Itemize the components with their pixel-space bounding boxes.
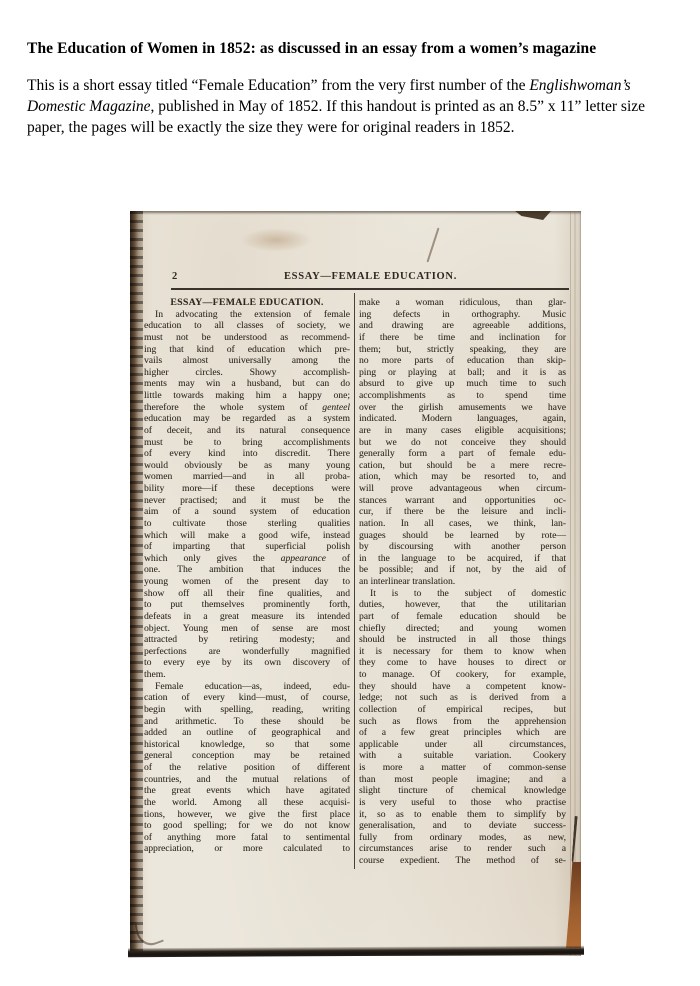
scan-text-line: begin with spelling, reading, writing xyxy=(144,704,350,716)
scan-text-line: higher circles. Showy accomplish- xyxy=(144,367,350,379)
scan-text-line: women married—and in all proba- xyxy=(144,471,350,483)
scan-smudge xyxy=(240,228,312,252)
document-page: The Education of Women in 1852: as discu… xyxy=(0,0,700,986)
scan-corner-stain xyxy=(515,211,551,220)
scan-text-line: cation of every kind—must, of course, xyxy=(144,692,350,704)
scan-text-line: to good spelling; for we do not know xyxy=(144,820,350,832)
scan-page-number: 2 xyxy=(172,271,177,282)
scan-text-line: must not be understood as recommend- xyxy=(144,332,350,344)
scan-text-line: ping or playing at ball; and it is as xyxy=(359,367,566,379)
scan-text-line: it, so as to enable them to simplify by xyxy=(359,809,566,821)
scan-text-line: of a few great principles which are xyxy=(359,727,566,739)
scan-text-line: generally form a part of female edu- xyxy=(359,448,566,460)
scan-bottom-edge xyxy=(128,946,584,957)
scan-text-line: indicated. Modern languages, again, xyxy=(359,413,566,425)
scan-text-line: slight tincture of chemical knowledge xyxy=(359,785,566,797)
handout-title: The Education of Women in 1852: as discu… xyxy=(27,40,689,58)
scan-text-line: circumstances arise to render such a xyxy=(359,843,566,855)
scan-text-line: ing that kind of education which pre- xyxy=(144,344,350,356)
scan-text-line: vails almost universally among the xyxy=(144,355,350,367)
scan-torn-edge xyxy=(566,862,581,948)
scan-text-line: the world. Among all these acquisi- xyxy=(144,797,350,809)
scan-text-line: is very useful to those who practise xyxy=(359,797,566,809)
scan-text-line: education to all classes of society, we xyxy=(144,320,350,332)
scan-text-line: which will make a good wife, instead xyxy=(144,530,350,542)
scan-text-line: applicable under all circumstances, xyxy=(359,739,566,751)
scan-text-line: show off all their fine qualities, and xyxy=(144,588,350,600)
scan-text-line: perfections are wonderfully magnified xyxy=(144,646,350,658)
scan-text-line: to cultivate those sterling qualities xyxy=(144,518,350,530)
scan-text-line: is more a matter of common-sense xyxy=(359,762,566,774)
scan-header-rule xyxy=(171,288,569,290)
scan-column-divider xyxy=(354,293,355,869)
scan-text-line: education may be regarded as a system xyxy=(144,413,350,425)
scan-text-line: over the girlish amusements we have xyxy=(359,402,566,414)
scan-text-line: young women of the present day to xyxy=(144,576,350,588)
scan-text-line: be possible; and if not, by the aid of xyxy=(359,564,566,576)
scan-text-line: guages should be learned by rote— xyxy=(359,530,566,542)
scan-text-line: collection of empirical recipes, but xyxy=(359,704,566,716)
scan-text-line: one. The ambition that induces the xyxy=(144,564,350,576)
magazine-scan: 2 ESSAY—FEMALE EDUCATION. ESSAY—FEMALE E… xyxy=(130,211,581,956)
scan-text-line: tions, however, we give the first place xyxy=(144,809,350,821)
scan-binding-edge xyxy=(130,211,143,956)
scan-text-line: of imparting that superficial polish xyxy=(144,541,350,553)
scan-text-line: never practised; and it must be the xyxy=(144,495,350,507)
scan-text-line: with a suitable variation. Cookery xyxy=(359,750,566,762)
scan-left-column: ESSAY—FEMALE EDUCATION. In advocating th… xyxy=(144,297,350,855)
scan-text-line: chiefly directed; and young women xyxy=(359,623,566,635)
scan-text-line: of anything more fatal to sentimental xyxy=(144,832,350,844)
scan-text-line: Female education—as, indeed, edu- xyxy=(144,681,350,693)
scan-text-line: fully from ordinary modes, as new, xyxy=(359,832,566,844)
scan-text-line: of every kind into discredit. There xyxy=(144,448,350,460)
scan-text-line: make a woman ridiculous, than glar- xyxy=(359,297,566,309)
scan-article-heading: ESSAY—FEMALE EDUCATION. xyxy=(144,297,350,309)
scan-text-line: therefore the whole system of genteel xyxy=(144,402,350,414)
scan-text-line: no more parts of education than skip- xyxy=(359,355,566,367)
scan-text-line: added an outline of geographical and xyxy=(144,727,350,739)
scan-text-line: ing defects in orthography. Music xyxy=(359,309,566,321)
scan-text-line: historical knowledge, so that some xyxy=(144,739,350,751)
scan-text-line: ation, which may be resorted to, and xyxy=(359,471,566,483)
scan-text-line: are in many cases eligible acquisitions; xyxy=(359,425,566,437)
scan-text-line: object. Young men of sense are most xyxy=(144,623,350,635)
scan-text-line: of deceit, and its natural consequence xyxy=(144,425,350,437)
scan-text-line: will prove advantageous when circum- xyxy=(359,483,566,495)
scan-text-line: to put themselves prominently forth, xyxy=(144,599,350,611)
scan-text-line: attracted by retiring modesty; and xyxy=(144,634,350,646)
scan-text-line: them; but, strictly speaking, they are xyxy=(359,344,566,356)
scan-text-line: they come to have houses to direct or xyxy=(359,657,566,669)
scan-text-line: little towards making him a happy one; xyxy=(144,390,350,402)
scan-text-line: it is necessary for them to know when xyxy=(359,646,566,658)
scan-text-line: general conception may be retained xyxy=(144,750,350,762)
scan-text-line: cur, if there be the leisure and incli- xyxy=(359,506,566,518)
scan-text-line: absurd to give up much time to such xyxy=(359,378,566,390)
scan-text-line: defeats in a great measure its intended xyxy=(144,611,350,623)
scan-text-line: must be to bring accomplishments xyxy=(144,437,350,449)
scan-text-line: nation. In all cases, we think, lan- xyxy=(359,518,566,530)
scan-text-line: in the language to be acquired, if that xyxy=(359,553,566,565)
scan-text-line: ments may win a husband, but can do xyxy=(144,378,350,390)
scan-text-line: would obviously be as many young xyxy=(144,460,350,472)
scan-text-line: and arithmetic. To these should be xyxy=(144,716,350,728)
scan-text-line: but we do not conceive they should xyxy=(359,437,566,449)
scan-text-line: the great events which have agitated xyxy=(144,785,350,797)
scan-text-line: they should have a competent know- xyxy=(359,681,566,693)
scan-text-line: than most people imagine; and a xyxy=(359,774,566,786)
scan-text-line: an interlinear translation. xyxy=(359,576,566,588)
scan-text-line: to every eye by its own discovery of xyxy=(144,657,350,669)
scan-text-line: bility more—if these deceptions were xyxy=(144,483,350,495)
intro-paragraph: This is a short essay titled “Female Edu… xyxy=(27,75,683,138)
scan-text-line: aim of a sound system of education xyxy=(144,506,350,518)
scan-running-header: ESSAY—FEMALE EDUCATION. xyxy=(185,271,556,282)
scan-text-line: of the relative position of different xyxy=(144,762,350,774)
scan-crease-line xyxy=(570,211,571,956)
scan-text-line: generalisation, and to deviate success- xyxy=(359,820,566,832)
scan-text-line: such as flows from the apprehension xyxy=(359,716,566,728)
scan-text-line: by discoursing with another person xyxy=(359,541,566,553)
scan-text-line: countries, and the mutual relations of xyxy=(144,774,350,786)
scan-text-line: duties, however, that the utilitarian xyxy=(359,599,566,611)
scan-text-line: part of female education should be xyxy=(359,611,566,623)
scan-text-line: should be instructed in all those things xyxy=(359,634,566,646)
scan-text-line: appreciation, or more calculated to xyxy=(144,843,350,855)
scan-scratch-mark xyxy=(426,228,439,263)
scan-right-column: make a woman ridiculous, than glar-ing d… xyxy=(359,297,566,867)
scan-text-line: them. xyxy=(144,669,350,681)
scan-text-line: to manage. Of cookery, for example, xyxy=(359,669,566,681)
scan-text-line: and drawing are agreeable additions, xyxy=(359,320,566,332)
scan-text-line: It is to the subject of domestic xyxy=(359,588,566,600)
scan-text-line: course expedient. The method of se- xyxy=(359,855,566,867)
scan-text-line: stances warrant and opportunities oc- xyxy=(359,495,566,507)
scan-text-line: accomplishments as to spend time xyxy=(359,390,566,402)
scan-text-line: In advocating the extension of female xyxy=(144,309,350,321)
scan-text-line: if there be time and inclination for xyxy=(359,332,566,344)
scan-text-line: cation, but should be a mere recre- xyxy=(359,460,566,472)
scan-text-line: ledge; not such as is derived from a xyxy=(359,692,566,704)
scan-text-line: which only gives the appearance of xyxy=(144,553,350,565)
